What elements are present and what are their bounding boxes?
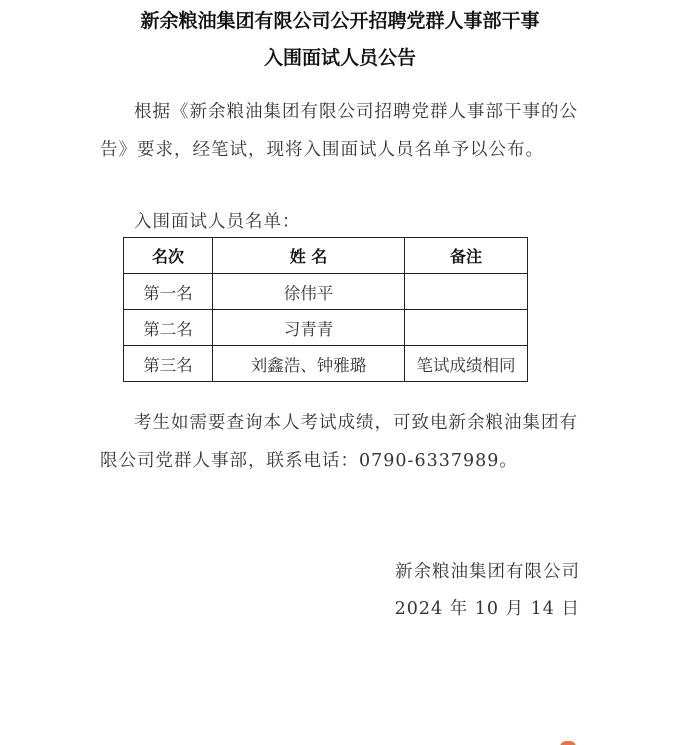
table-row: 第二名 习青青 [124, 310, 528, 346]
cell-note [405, 274, 528, 310]
cell-note [405, 310, 528, 346]
official-stamp-icon [560, 741, 576, 745]
cell-rank: 第二名 [124, 310, 213, 346]
cell-name: 徐伟平 [213, 274, 405, 310]
header-rank: 名次 [124, 238, 213, 274]
signature: 新余粮油集团有限公司 [395, 558, 580, 583]
cell-rank: 第一名 [124, 274, 213, 310]
document-title-line1: 新余粮油集团有限公司公开招聘党群人事部干事 [0, 6, 680, 33]
header-note: 备注 [405, 238, 528, 274]
table-header-row: 名次 姓 名 备注 [124, 238, 528, 274]
intro-paragraph-line2: 告》要求，经笔试，现将入围面试人员名单予以公布。 [100, 136, 544, 161]
cell-name: 习青青 [213, 310, 405, 346]
contact-paragraph-line1: 考生如需要查询本人考试成绩，可致电新余粮油集团有 [134, 409, 578, 434]
cell-name: 刘鑫浩、钟雅璐 [213, 346, 405, 382]
document-title-line2: 入围面试人员公告 [0, 43, 680, 70]
cell-note: 笔试成绩相同 [405, 346, 528, 382]
contact-paragraph-line2: 限公司党群人事部，联系电话：0790-6337989。 [100, 447, 518, 472]
intro-paragraph-line1: 根据《新余粮油集团有限公司招聘党群人事部干事的公 [134, 98, 578, 123]
candidate-table: 名次 姓 名 备注 第一名 徐伟平 第二名 习青青 第三名 刘鑫浩、钟雅璐 笔试… [123, 237, 528, 382]
issue-date: 2024 年 10 月 14 日 [395, 595, 580, 620]
table-row: 第三名 刘鑫浩、钟雅璐 笔试成绩相同 [124, 346, 528, 382]
cell-rank: 第三名 [124, 346, 213, 382]
table-row: 第一名 徐伟平 [124, 274, 528, 310]
list-label: 入围面试人员名单： [134, 208, 301, 233]
header-name: 姓 名 [213, 238, 405, 274]
